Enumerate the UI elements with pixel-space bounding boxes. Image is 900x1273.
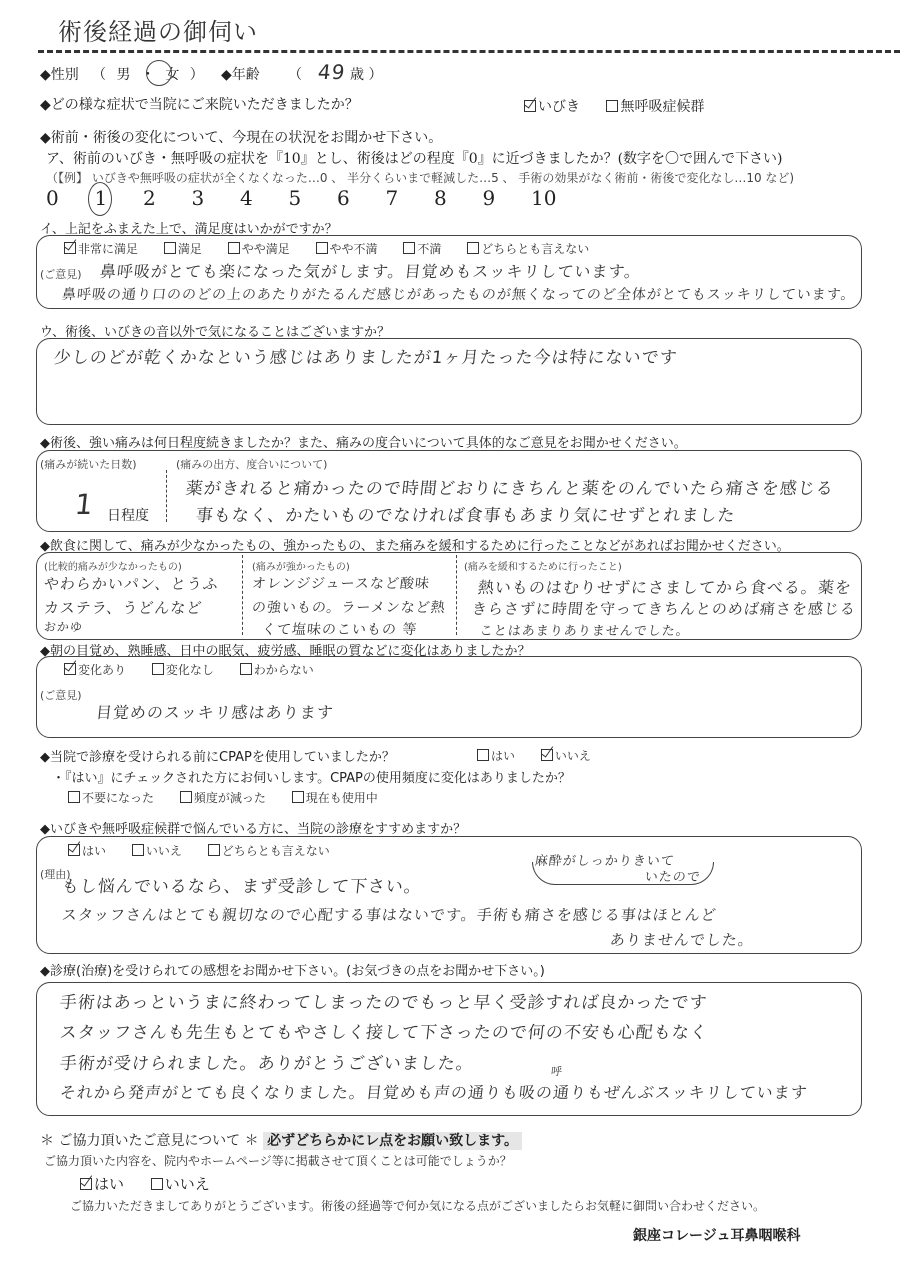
age-open-paren: （ <box>288 64 302 84</box>
age-label: ◆年齢 <box>221 64 260 84</box>
consent-heading-text: ＊ ご協力頂いたご意見について ＊ <box>40 1133 259 1149</box>
satisfaction-opinion-line-1[interactable]: 鼻呼吸がとても楽になった気がします。目覚めもスッキリしています。 <box>99 259 643 282</box>
recommend-reason-line-2[interactable]: スタッフさんはとても親切なので心配する事はないです。手術も痛さを感じる事はほとん… <box>61 904 718 925</box>
scale-5[interactable]: 5 <box>289 186 338 210</box>
symptom-option-apnea[interactable]: 無呼吸症候群 <box>606 99 704 115</box>
satisfaction-option[interactable]: やや満足 <box>228 242 290 256</box>
checkbox-checked-icon[interactable] <box>64 663 76 675</box>
recommend-options: はい いいえ どちらとも言えない <box>68 842 352 859</box>
food-strong-line-1[interactable]: オレンジジュースなど酸味 <box>251 573 431 593</box>
food-relief-label: (痛みを緩和するために行ったこと) <box>464 558 622 573</box>
checkbox-icon[interactable] <box>180 791 192 803</box>
scale-6[interactable]: 6 <box>337 186 386 210</box>
checkbox-icon[interactable] <box>606 100 618 112</box>
scale-8[interactable]: 8 <box>434 186 483 210</box>
change-example: （【例】 いびきや無呼吸の症状が全くなくなった…0 、 半分くらいまで軽減した…… <box>46 169 794 186</box>
checkbox-icon[interactable] <box>208 844 220 856</box>
morning-opinion[interactable]: 目覚めのスッキリ感はあります <box>95 700 335 723</box>
impression-question: ◆診療(治療)を受けられての感想をお聞かせ下さい。(お気づきの点をお聞かせ下さい… <box>40 960 545 979</box>
scale-4[interactable]: 4 <box>240 186 289 210</box>
other-concerns-answer[interactable]: 少しのどが乾くかなという感じはありましたが1ヶ月たった今は特にないです <box>53 343 679 368</box>
recommend-reason-line-3[interactable]: ありませんでした。 <box>609 929 755 950</box>
satisfaction-option[interactable]: 満足 <box>164 242 202 256</box>
food-strong-line-2[interactable]: の強いもの。ラーメンなど熱 <box>251 597 447 617</box>
impression-line-1[interactable]: 手術はあっというまに終わってしまったのでもっと早く受診すれば良かったです <box>59 988 709 1013</box>
pain-detail-line-2[interactable]: 事もなく、かたいものでなければ食事もあまり気にせずとれました <box>195 501 737 526</box>
checkbox-icon[interactable] <box>152 663 164 675</box>
impression-line-3[interactable]: 手術が受けられました。ありがとうございました。 <box>59 1049 476 1074</box>
scale-9[interactable]: 9 <box>483 186 532 210</box>
page-title: 術後経過の御伺い <box>58 12 258 47</box>
food-relief-line-1[interactable]: 熱いものはむりせずにさましてから食べる。薬を <box>477 575 853 598</box>
recommend-option-neutral[interactable]: どちらとも言えない <box>208 844 330 858</box>
food-strong-label: (痛みが強かったもの) <box>252 558 350 573</box>
morning-options: 変化あり 変化なし わからない <box>64 661 336 678</box>
change-question: ◆術前・術後の変化について、今現在の状況をお聞かせ下さい。 <box>40 127 442 147</box>
recommend-reason-line-1[interactable]: もし悩んでいるなら、まず受診して下さい。 <box>61 872 424 897</box>
checkbox-icon[interactable] <box>467 242 479 254</box>
food-less-line-1[interactable]: やわらかいパン、とうふ <box>43 573 220 594</box>
consent-thanks: ご協力いただきましてありがとうございます。術後の経過等で何か気になる点がございま… <box>70 1197 765 1214</box>
pain-days-unit: 日程度 <box>107 505 149 525</box>
impression-line-4[interactable]: それから発声がとても良くなりました。目覚めも声の通りも吸の通りもぜんぶスッキリし… <box>59 1080 809 1103</box>
checkbox-icon[interactable] <box>132 844 144 856</box>
consent-option-no[interactable]: いいえ <box>151 1175 210 1193</box>
symptoms-question: ◆どの様な症状で当院にご来院いただきましたか？ <box>40 94 359 114</box>
pain-detail-label: (痛みの出方、度合いについて) <box>176 456 327 472</box>
pain-days-value[interactable]: 1 <box>73 488 95 521</box>
pain-days-label: (痛みが続いた日数) <box>40 456 137 472</box>
cpap-followup-options: 不要になった 頻度が減った 現在も使用中 <box>68 789 400 806</box>
checkbox-icon[interactable] <box>151 1178 163 1190</box>
gender-selected-circle <box>146 60 172 86</box>
consent-heading: ＊ ご協力頂いたご意見について ＊ 必ずどちらかにレ点をお願い致します。 <box>40 1130 522 1150</box>
food-divider-1 <box>242 555 243 635</box>
impression-insert-note[interactable]: 呼 <box>550 1063 564 1079</box>
change-sub-a: ア、術前のいびき・無呼吸の症状を『10』とし、術後はどの程度『0』に近づきました… <box>46 148 783 168</box>
cpap-options: はい いいえ <box>477 747 613 764</box>
cpap-followup-option[interactable]: 頻度が減った <box>180 791 266 805</box>
recommend-question: ◆いびきや無呼吸症候群で悩んでいる方に、当院の診療をすすめますか？ <box>40 818 466 837</box>
symptoms-options: いびき 無呼吸症候群 <box>524 96 726 116</box>
symptom-option-snoring[interactable]: いびき <box>524 99 580 115</box>
food-less-line-3[interactable]: おかゆ <box>43 618 84 635</box>
gender-label: ◆性別 <box>40 64 79 84</box>
checkbox-icon[interactable] <box>292 791 304 803</box>
consent-options: はい いいえ <box>80 1173 232 1194</box>
consent-option-yes[interactable]: はい <box>80 1175 124 1193</box>
morning-option[interactable]: 変化なし <box>152 663 214 677</box>
satisfaction-opinion-line-2[interactable]: 鼻呼吸の通り口ののどの上のあたりがたるんだ感じがあったものが無くなってのど全体が… <box>61 284 857 304</box>
pain-question: ◆術後、強い痛みは何日程度続きましたか？また、痛みの度合いについて具体的なご意見… <box>40 432 687 451</box>
checkbox-icon[interactable] <box>164 242 176 254</box>
checkbox-icon[interactable] <box>240 663 252 675</box>
checkbox-icon[interactable] <box>228 242 240 254</box>
checkbox-icon[interactable] <box>403 242 415 254</box>
cpap-option-no[interactable]: いいえ <box>541 749 591 763</box>
scale-2[interactable]: 2 <box>143 186 192 210</box>
cpap-option-yes[interactable]: はい <box>477 749 515 763</box>
food-divider-2 <box>456 555 457 635</box>
satisfaction-opinion-label: (ご意見) <box>40 266 82 282</box>
satisfaction-option[interactable]: どちらとも言えない <box>467 242 589 256</box>
satisfaction-option[interactable]: 非常に満足 <box>64 242 138 256</box>
age-value[interactable]: 49 <box>317 60 347 84</box>
clinic-name: 銀座コレージュ耳鼻咽喉科 <box>633 1225 800 1245</box>
scale-3[interactable]: 3 <box>192 186 241 210</box>
scale-7[interactable]: 7 <box>386 186 435 210</box>
title-divider <box>38 50 900 53</box>
scale-selected-circle <box>88 182 112 216</box>
cpap-question: ◆当院で診療を受けられる前にCPAPを使用していましたか？ <box>40 746 395 765</box>
age-unit: 歳 ） <box>350 64 382 84</box>
checkbox-icon[interactable] <box>68 791 80 803</box>
scale-10[interactable]: 10 <box>531 186 580 210</box>
checkbox-checked-icon[interactable] <box>64 242 76 254</box>
pain-detail-line-1[interactable]: 薬がきれると痛かったので時間どおりにきちんと薬をのんでいたら痛さを感じる <box>185 474 836 499</box>
consent-question: ご協力頂いた内容を、院内やホームページ等に掲載させて頂くことは可能でしょうか？ <box>44 1152 512 1169</box>
satisfaction-option[interactable]: やや不満 <box>316 242 378 256</box>
cpap-followup-option[interactable]: 不要になった <box>68 791 154 805</box>
consent-heading-emphasis: 必ずどちらかにレ点をお願い致します。 <box>263 1132 522 1150</box>
food-strong-line-3[interactable]: くて塩味のこいもの 等 <box>261 619 419 639</box>
pain-divider <box>166 470 167 522</box>
checkbox-icon[interactable] <box>316 242 328 254</box>
checkbox-checked-icon[interactable] <box>68 844 80 856</box>
morning-option[interactable]: わからない <box>240 663 314 677</box>
cpap-followup: ・『はい』にチェックされた方にお伺いします。CPAPの使用頻度に変化はありました… <box>52 767 571 786</box>
recommend-option-no[interactable]: いいえ <box>132 844 182 858</box>
impression-line-2[interactable]: スタッフさんも先生もとてもやさしく接して下さったので何の不安も心配もなく <box>59 1018 710 1043</box>
morning-opinion-label: (ご意見) <box>40 687 82 703</box>
satisfaction-option[interactable]: 不満 <box>403 242 441 256</box>
satisfaction-options: 非常に満足 満足 やや満足 やや不満 不満 どちらとも言えない <box>64 240 611 257</box>
food-relief-line-2[interactable]: きらさずに時間を守ってきちんとのめば痛さを感じる <box>471 598 857 619</box>
checkbox-checked-icon[interactable] <box>524 100 536 112</box>
food-less-label: (比較的痛みが少なかったもの) <box>44 558 182 573</box>
checkbox-checked-icon[interactable] <box>541 749 553 761</box>
morning-option[interactable]: 変化あり <box>64 663 126 677</box>
speech-bubble-outline <box>532 862 714 885</box>
checkbox-checked-icon[interactable] <box>80 1178 92 1190</box>
cpap-followup-option[interactable]: 現在も使用中 <box>292 791 378 805</box>
recommend-option-yes[interactable]: はい <box>68 844 106 858</box>
food-relief-line-3[interactable]: ことはあまりありませんでした。 <box>479 620 691 639</box>
rating-scale: 012345678910 <box>46 186 580 210</box>
food-less-line-2[interactable]: カステラ、うどんなど <box>43 597 204 618</box>
checkbox-icon[interactable] <box>477 749 489 761</box>
